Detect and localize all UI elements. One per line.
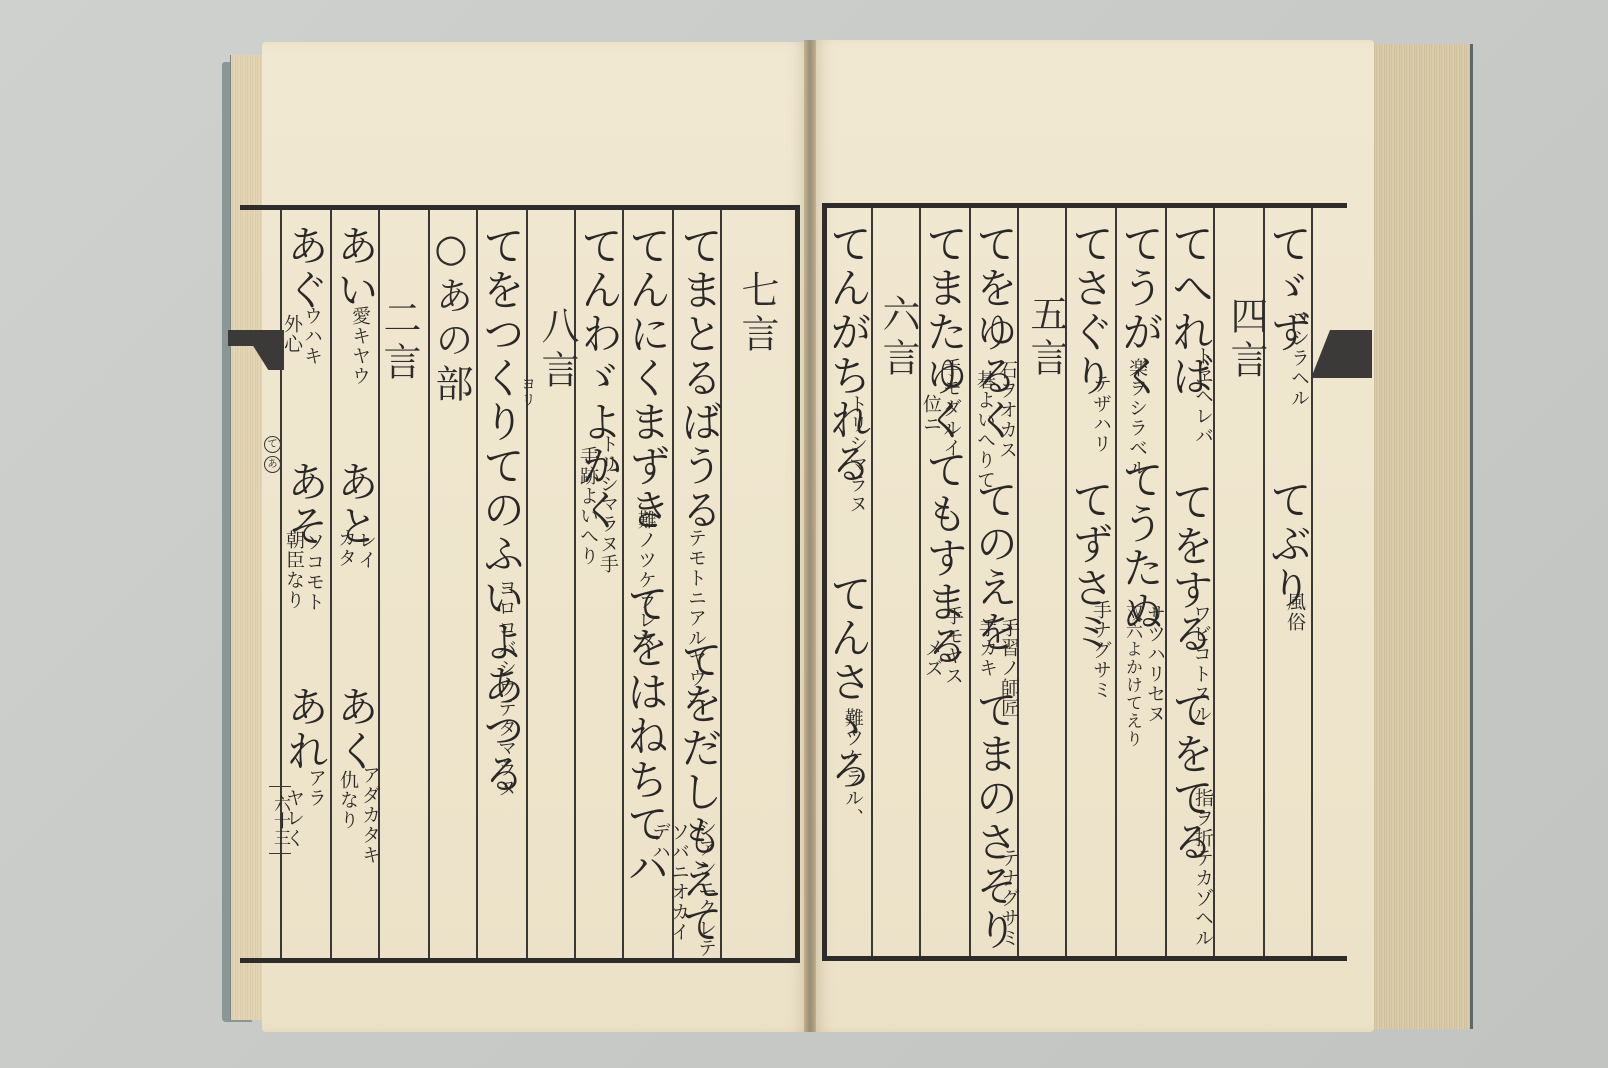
entry-gloss: 外心 <box>282 314 301 354</box>
entry-main: てさぐり <box>1069 222 1111 398</box>
entry-gloss: 石ヲオカス <box>997 360 1016 460</box>
entry-gloss: アラ <box>306 768 325 808</box>
heading-four-char: 四言 <box>1227 296 1265 384</box>
heading-six-char: 六言 <box>879 294 917 382</box>
left-page-print-frame: 七言 てまとるばうる テモトニアルヤウニ てをだしもえて シアンニクレテ てんに… <box>240 205 800 963</box>
entry-gloss: トヱヘレバ <box>1193 346 1212 446</box>
entry-gloss: 手モヤス <box>943 606 962 686</box>
page-stack-right <box>1370 44 1473 1029</box>
entry-gloss: アダカタキ <box>360 765 379 865</box>
heading-five-char: 五言 <box>1027 294 1065 382</box>
heading-eight-char: 八言 <box>538 306 576 394</box>
entry-main: あれ <box>284 685 326 773</box>
entry-gloss: 手跡よいへり <box>578 446 597 566</box>
open-book: て あ 七言 てまとるばうる テモトニアルヤウニ てをだしもえて シアンニクレテ… <box>0 0 1608 1068</box>
entry-gloss: ソコモト <box>304 532 323 612</box>
entry-gloss: 手ナグサミ <box>1091 600 1110 700</box>
section-heading-a: ○あの部 <box>432 226 470 408</box>
book-gutter <box>804 40 816 1032</box>
entry-main: てんにくまずき <box>626 224 668 532</box>
entry-main: てまとるばうる <box>678 224 720 532</box>
entry-main: あぐ <box>284 224 326 312</box>
entry-gloss: テナグサミ <box>999 848 1018 948</box>
entry-gloss: ソバニオカイデハ <box>650 822 688 958</box>
entry-gloss: 指ヲ折テカゾヘル <box>1193 788 1212 948</box>
entry-gloss: テザハリ <box>1091 374 1110 454</box>
entry-gloss: 朝臣なり <box>284 530 303 610</box>
entry-gloss: 仇なり <box>338 770 357 830</box>
entry-gloss: 手カキ <box>977 618 996 678</box>
right-page-print-frame: てゞず コシラヘル てぶり 風俗 四言 てへれば トヱヘレバ てをする ワビコト… <box>822 203 1347 961</box>
entry-gloss: 風俗 <box>1285 592 1304 632</box>
entry-gloss: レイ <box>356 530 375 570</box>
heading-seven-char: 七言 <box>738 270 776 358</box>
entry-gloss: 手モダルイ <box>941 358 960 458</box>
entry-gloss: サツハリセヌ <box>1145 604 1164 724</box>
entry-gloss: ウハキ <box>302 306 321 366</box>
page-number: 六十三 <box>269 786 291 854</box>
entry-gloss: カタ <box>336 528 355 568</box>
entry-gloss: コシラヘル <box>1289 308 1308 408</box>
entry-gloss: 難ツケラル、 <box>843 708 862 828</box>
entry-main: てぶり <box>1267 478 1309 610</box>
entry-gloss: 碁よいへりて <box>975 370 994 490</box>
entry-gloss: トリシマラヌ <box>847 394 866 514</box>
heading-two-char: 二言 <box>380 298 418 386</box>
entry-main: あく <box>334 685 376 773</box>
entry-main: あい <box>334 224 376 312</box>
entry-gloss: シアンニクレテ <box>696 818 715 958</box>
entry-gloss: 双六よかけてえり <box>1123 604 1140 748</box>
entry-gloss: ヨロコバシウテタマラヌ <box>496 578 515 798</box>
entry-gloss: メズ <box>923 638 942 678</box>
entry-gloss: 愛キヤウ <box>350 306 369 386</box>
entry-gloss: 位ニ <box>921 394 940 434</box>
entry-gloss: トリシマラヌ手 <box>598 434 617 574</box>
